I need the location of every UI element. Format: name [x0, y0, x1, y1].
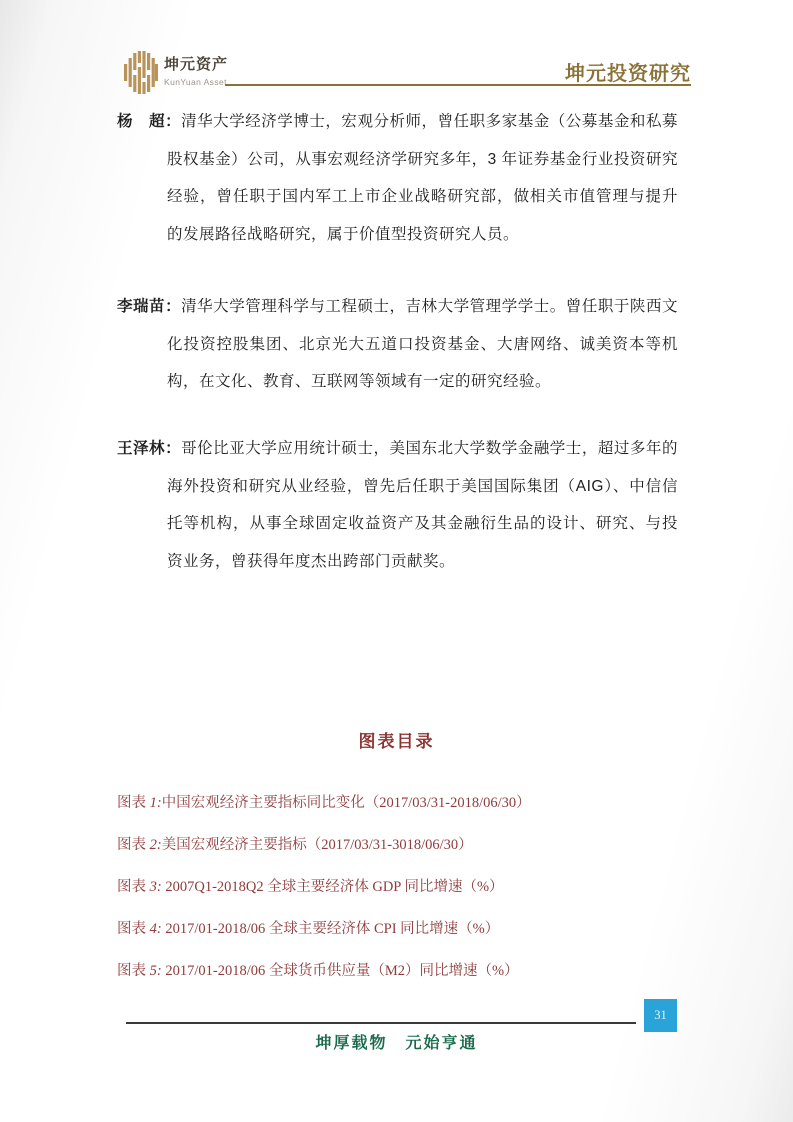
- page-number-badge: 31: [644, 999, 677, 1032]
- figure-entry-text: 2007Q1-2018Q2 全球主要经济体 GDP 同比增速（%）: [165, 879, 503, 895]
- figure-entry-text: 2017/01-2018/06 全球主要经济体 CPI 同比增速（%）: [165, 921, 499, 937]
- figure-entry-number: 4:: [150, 921, 166, 937]
- figure-entry-text: 2017/01-2018/06 全球货币供应量（M2）同比增速（%）: [165, 963, 518, 979]
- figure-entry-text: 美国宏观经济主要指标（2017/03/31-3018/06/30）: [162, 837, 473, 853]
- header-report-title: 坤元投资研究: [565, 57, 691, 86]
- figure-entry-label: 图表: [117, 837, 150, 853]
- figure-entry-label: 图表: [117, 795, 150, 811]
- figure-entry-number: 3:: [150, 879, 166, 895]
- figure-entry-label: 图表: [117, 921, 150, 937]
- footer-motto: 坤厚载物 元始亨通: [0, 1030, 793, 1053]
- logo-company-name-en: KunYuan Asset: [164, 77, 228, 87]
- analyst-name: 李瑞苗：: [117, 298, 181, 315]
- analyst-bio: 王泽林：哥伦比亚大学应用统计硕士，美国东北大学数学金融学士，超过多年的海外投资和…: [117, 430, 678, 580]
- figure-entry[interactable]: 图表 5: 2017/01-2018/06 全球货币供应量（M2）同比增速（%）: [117, 950, 677, 992]
- figure-entry-number: 2:: [150, 837, 162, 853]
- figure-entry[interactable]: 图表 2:美国宏观经济主要指标（2017/03/31-3018/06/30）: [117, 824, 677, 866]
- figure-entry-number: 1:: [150, 795, 162, 811]
- footer-divider: [126, 1022, 636, 1024]
- figure-entry-text: 中国宏观经济主要指标同比变化（2017/03/31-2018/06/30）: [162, 795, 531, 811]
- analyst-name: 杨 超：: [117, 113, 181, 130]
- analyst-bio-text: 清华大学经济学博士，宏观分析师，曾任职多家基金（公募基金和私募股权基金）公司，从…: [167, 113, 678, 243]
- figure-entry[interactable]: 图表 1:中国宏观经济主要指标同比变化（2017/03/31-2018/06/3…: [117, 782, 677, 824]
- figures-directory-list: 图表 1:中国宏观经济主要指标同比变化（2017/03/31-2018/06/3…: [117, 782, 677, 992]
- figure-entry[interactable]: 图表 3: 2007Q1-2018Q2 全球主要经济体 GDP 同比增速（%）: [117, 866, 677, 908]
- kunyuan-logo-icon: [124, 51, 158, 94]
- figure-entry[interactable]: 图表 4: 2017/01-2018/06 全球主要经济体 CPI 同比增速（%…: [117, 908, 677, 950]
- figure-entry-number: 5:: [150, 963, 166, 979]
- logo-text-group: 坤元资产 KunYuan Asset: [164, 53, 228, 87]
- figures-directory-title: 图表目录: [0, 727, 793, 752]
- figure-entry-label: 图表: [117, 879, 150, 895]
- analyst-bio-text: 哥伦比亚大学应用统计硕士，美国东北大学数学金融学士，超过多年的海外投资和研究从业…: [167, 440, 678, 570]
- analyst-bio-text: 清华大学管理科学与工程硕士，吉林大学管理学学士。曾任职于陕西文化投资控股集团、北…: [167, 298, 678, 390]
- figure-entry-label: 图表: [117, 963, 150, 979]
- analyst-bio: 杨 超：清华大学经济学博士，宏观分析师，曾任职多家基金（公募基金和私募股权基金）…: [117, 103, 678, 253]
- analyst-bio: 李瑞苗：清华大学管理科学与工程硕士，吉林大学管理学学士。曾任职于陕西文化投资控股…: [117, 288, 678, 401]
- analyst-name: 王泽林：: [117, 440, 181, 457]
- report-page: 坤元资产 KunYuan Asset 坤元投资研究 杨 超：清华大学经济学博士，…: [0, 0, 793, 1122]
- logo-company-name: 坤元资产: [164, 53, 228, 74]
